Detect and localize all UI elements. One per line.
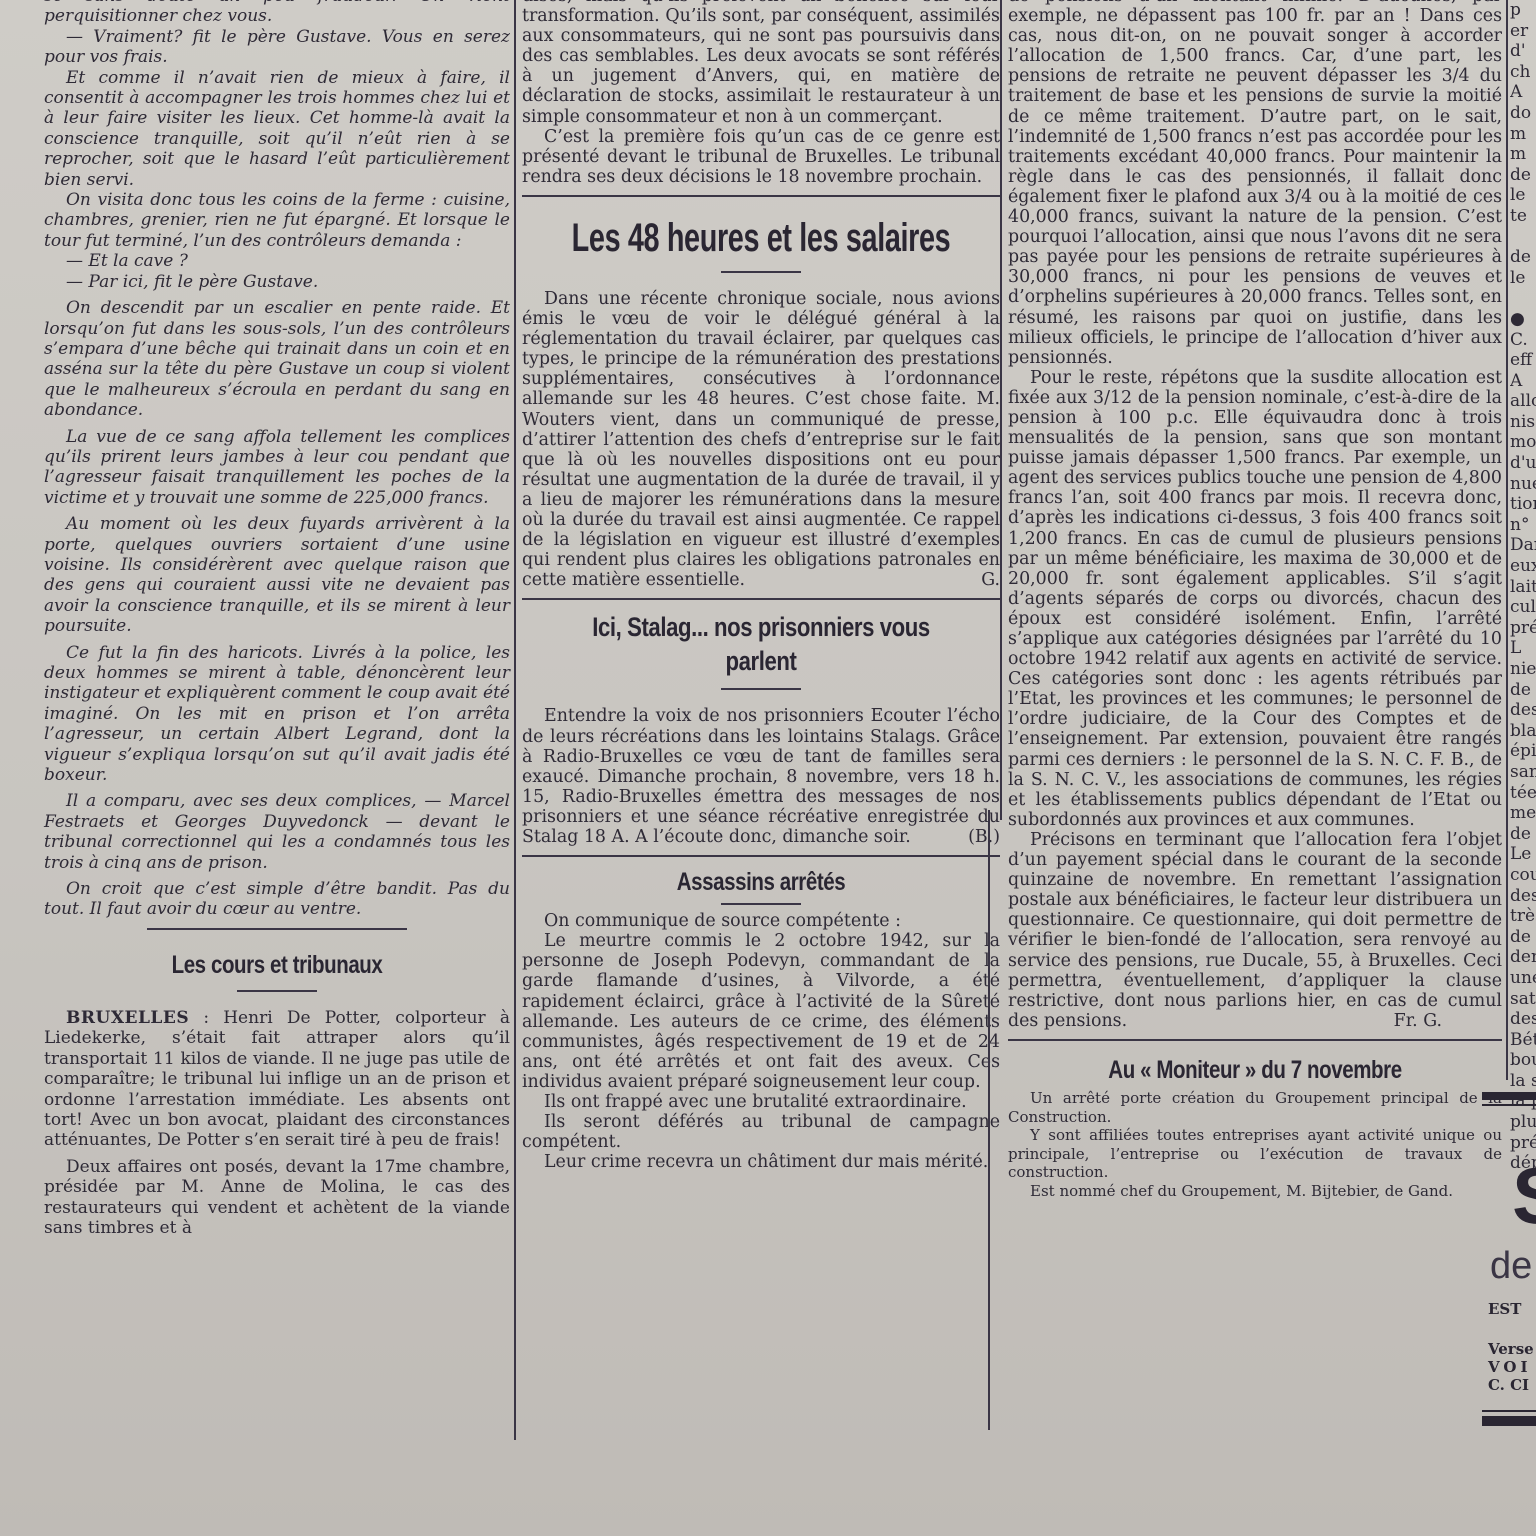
text-fragment: de 1 bbox=[1510, 927, 1536, 948]
text-fragment: L bbox=[1510, 638, 1536, 659]
divider bbox=[237, 990, 317, 992]
text-fragment: Le bbox=[1510, 844, 1536, 865]
ad-subtitle: de bbox=[1490, 1245, 1532, 1288]
text-fragment: très, bbox=[1510, 906, 1536, 927]
divider bbox=[147, 928, 407, 930]
column-1: se sans doute un peu fraudeur. On vient … bbox=[44, 0, 510, 1244]
text-fragment: nier bbox=[1510, 659, 1536, 680]
text-fragment: nue bbox=[1510, 474, 1536, 495]
column-4-fragment: perd'chAdommdelete dele ●C.effAallonismo… bbox=[1510, 0, 1536, 1174]
paragraph: La vue de ce sang affola tellement les c… bbox=[44, 427, 510, 509]
ad-text: Verse bbox=[1488, 1340, 1534, 1358]
text-fragment: la se bbox=[1510, 1071, 1536, 1092]
divider bbox=[721, 271, 801, 273]
text-fragment: satisf bbox=[1510, 989, 1536, 1010]
text-fragment: cult bbox=[1510, 597, 1536, 618]
court-article: BRUXELLES : Henri De Potter, colporteur … bbox=[44, 1008, 510, 1238]
divider bbox=[721, 903, 801, 905]
text-fragment: dente bbox=[1510, 947, 1536, 968]
moniteur-article: Un arrêté porte création du Groupement p… bbox=[1008, 1089, 1502, 1201]
text-fragment: sant bbox=[1510, 762, 1536, 783]
ad-text: VOI bbox=[1488, 1358, 1531, 1376]
text-fragment: tion bbox=[1510, 494, 1536, 515]
paragraph: Un arrêté porte création du Groupement p… bbox=[1008, 1089, 1502, 1126]
text-fragment: n° bbox=[1510, 515, 1536, 536]
paragraph: Dans une récente chronique sociale, nous… bbox=[522, 289, 1000, 590]
paragraph: C’est la première fois qu’un cas de ce g… bbox=[522, 127, 1000, 187]
article-title: Les 48 heures et les salaires bbox=[546, 215, 977, 261]
paragraph: On descendit par un escalier en pente ra… bbox=[44, 298, 510, 420]
divider bbox=[522, 598, 1000, 600]
paragraph: Deux affaires ont posés, devant la 17me … bbox=[44, 1157, 510, 1239]
text-fragment: cour bbox=[1510, 865, 1536, 886]
text-fragment: tées bbox=[1510, 783, 1536, 804]
paragraph: Pour le reste, répétons que la susdite a… bbox=[1008, 368, 1502, 830]
text-fragment: nis bbox=[1510, 412, 1536, 433]
text-fragment: C. bbox=[1510, 330, 1536, 351]
text-fragment: des d bbox=[1510, 1009, 1536, 1030]
text-fragment: plus bbox=[1510, 1112, 1536, 1133]
text-fragment: A bbox=[1510, 82, 1536, 103]
ad-headline-letter: S bbox=[1512, 1150, 1536, 1242]
divider bbox=[522, 855, 1000, 857]
column-rule bbox=[1506, 0, 1508, 1080]
text-fragment: de bbox=[1510, 247, 1536, 268]
text-fragment: d' bbox=[1510, 41, 1536, 62]
article-title: Au « Moniteur » du 7 novembre bbox=[1036, 1055, 1474, 1085]
paragraph: Leur crime recevra un châtiment dur mais… bbox=[522, 1152, 1000, 1172]
text-fragment: m bbox=[1510, 144, 1536, 165]
text-fragment: ● bbox=[1510, 309, 1536, 330]
text-fragment: lait bbox=[1510, 577, 1536, 598]
text-fragment: p bbox=[1510, 0, 1536, 21]
text-fragment: Dar bbox=[1510, 535, 1536, 556]
ad-bar bbox=[1482, 1416, 1536, 1426]
paragraph: Est nommé chef du Groupement, M. Bijtebi… bbox=[1008, 1182, 1502, 1201]
paragraph: On croit que c’est simple d’être bandit.… bbox=[44, 879, 510, 920]
text-fragment: eux bbox=[1510, 556, 1536, 577]
section-title: Les cours et tribunaux bbox=[70, 950, 485, 980]
text-fragment bbox=[1510, 288, 1536, 309]
paragraph: Ce fut la fin des haricots. Livrés à la … bbox=[44, 643, 510, 786]
ad-text: C. CI bbox=[1488, 1376, 1529, 1394]
paragraph: de pensions d’un montant infime. D’aucun… bbox=[1008, 0, 1502, 368]
paragraph: Le meurtre commis le 2 octobre 1942, sur… bbox=[522, 931, 1000, 1092]
paragraph: — Vraiment? fit le père Gustave. Vous en… bbox=[44, 27, 510, 68]
text-fragment: de bbox=[1510, 680, 1536, 701]
text-fragment bbox=[1510, 227, 1536, 248]
paragraph: — Et la cave ? bbox=[44, 251, 510, 271]
paragraph: se sans doute un peu fraudeur. On vient … bbox=[44, 0, 510, 27]
text-fragment: te bbox=[1510, 206, 1536, 227]
paragraph: Y sont affiliées toutes entreprises ayan… bbox=[1008, 1126, 1502, 1182]
column-3: de pensions d’un montant infime. D’aucun… bbox=[1008, 0, 1502, 1201]
ad-text: EST bbox=[1488, 1300, 1521, 1318]
article-title: Assassins arrêtés bbox=[549, 867, 974, 897]
column-2: dises, mais qu’ils prélèvent un bénéfice… bbox=[522, 0, 1000, 1172]
divider bbox=[522, 195, 1000, 197]
paragraph: BRUXELLES : Henri De Potter, colporteur … bbox=[44, 1008, 510, 1151]
text-fragment: de bbox=[1510, 165, 1536, 186]
column-rule bbox=[988, 810, 990, 1430]
newspaper-page: se sans doute un peu fraudeur. On vient … bbox=[0, 0, 1536, 1536]
text-fragment: mes, bbox=[1510, 803, 1536, 824]
text-fragment: une bbox=[1510, 968, 1536, 989]
article-title: Ici, Stalag... nos prisonniers vous parl… bbox=[549, 610, 974, 678]
text-fragment: d'u bbox=[1510, 453, 1536, 474]
text-fragment: prés bbox=[1510, 618, 1536, 639]
text-fragment: er bbox=[1510, 21, 1536, 42]
text-fragment: bouch bbox=[1510, 1050, 1536, 1071]
column-rule bbox=[1000, 0, 1002, 820]
text-fragment: de r bbox=[1510, 824, 1536, 845]
text-fragment: des bbox=[1510, 700, 1536, 721]
paragraph: dises, mais qu’ils prélèvent un bénéfice… bbox=[522, 0, 1000, 127]
paragraph: Précisons en terminant que l’allocation … bbox=[1008, 830, 1502, 1031]
text-fragment: mo bbox=[1510, 432, 1536, 453]
paragraph: Il a comparu, avec ses deux complices, —… bbox=[44, 791, 510, 873]
paragraph: Ils seront déférés au tribunal de campag… bbox=[522, 1112, 1000, 1152]
ad-bar bbox=[1482, 1092, 1536, 1100]
divider bbox=[1008, 1039, 1502, 1041]
paragraph: Entendre la voix de nos prisonniers Ecou… bbox=[522, 706, 1000, 847]
text-fragment: des bbox=[1510, 886, 1536, 907]
divider bbox=[721, 688, 801, 690]
paragraph: Et comme il n’avait rien de mieux à fair… bbox=[44, 68, 510, 190]
paragraph-text: : Henri De Potter, colporteur à Liedeker… bbox=[44, 1008, 510, 1150]
text-fragment: m bbox=[1510, 124, 1536, 145]
paragraph: On communique de source compétente : bbox=[522, 911, 1000, 931]
ad-bar bbox=[1482, 1410, 1536, 1412]
paragraph: Au moment où les deux fuyards arrivèrent… bbox=[44, 514, 510, 636]
column-rule bbox=[514, 0, 516, 1440]
text-fragment: le bbox=[1510, 268, 1536, 289]
text-fragment: A bbox=[1510, 371, 1536, 392]
dateline: BRUXELLES bbox=[66, 1008, 189, 1028]
text-fragment: blan bbox=[1510, 721, 1536, 742]
text-fragment: ch bbox=[1510, 62, 1536, 83]
paragraph: Ils ont frappé avec une brutalité extrao… bbox=[522, 1092, 1000, 1112]
text-fragment: allo bbox=[1510, 391, 1536, 412]
paragraph: — Par ici, fit le père Gustave. bbox=[44, 272, 510, 292]
ad-bar bbox=[1482, 1104, 1536, 1106]
text-fragment: épin bbox=[1510, 741, 1536, 762]
text-fragment: le bbox=[1510, 185, 1536, 206]
text-fragment: Bét bbox=[1510, 1030, 1536, 1051]
paragraph: On visita donc tous les coins de la ferm… bbox=[44, 190, 510, 251]
text-fragment: eff bbox=[1510, 350, 1536, 371]
text-fragment: do bbox=[1510, 103, 1536, 124]
